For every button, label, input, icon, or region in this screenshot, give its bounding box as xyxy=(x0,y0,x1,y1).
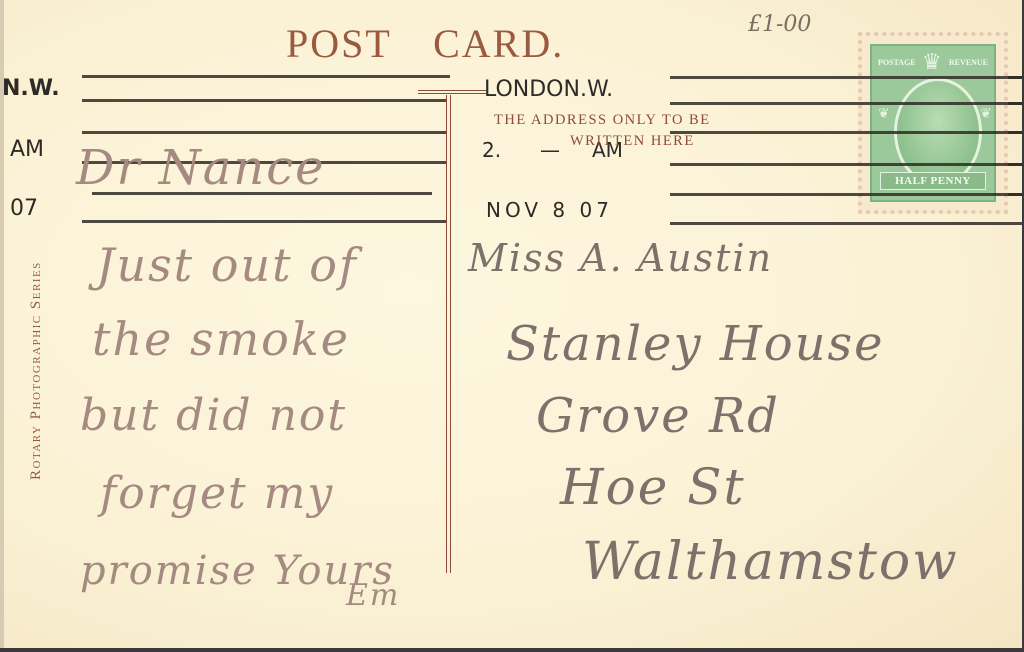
crown-icon: ♛ xyxy=(922,50,942,75)
postmark-office: LONDON.W. xyxy=(484,77,613,102)
message-line: Dr Nance xyxy=(76,140,326,196)
address-line: Hoe St xyxy=(560,458,746,516)
address-line: Grove Rd xyxy=(536,388,780,444)
message-line: forget my xyxy=(100,468,334,519)
half-penny-stamp: POSTAGE REVENUE ♛ ❦ ❦ HALF PENNY xyxy=(858,32,1008,214)
stamp-face: POSTAGE REVENUE ♛ ❦ ❦ HALF PENNY xyxy=(870,44,996,202)
stamp-label-revenue: REVENUE xyxy=(949,58,988,67)
postmark-district: N.W. xyxy=(2,76,60,101)
postmark-date: NOV 8 07 xyxy=(486,198,613,222)
postmark-left-year: 07 xyxy=(10,196,38,221)
message-line: the smoke xyxy=(92,312,350,366)
laurel-left-icon: ❦ xyxy=(878,106,890,122)
message-line: but did not xyxy=(80,390,347,441)
address-instruction-line1: THE ADDRESS ONLY TO BE xyxy=(494,110,711,131)
address-instruction-line2: WRITTEN HERE xyxy=(494,131,711,152)
address-line: Walthamstow xyxy=(582,532,959,592)
pencil-price-note: £1-00 xyxy=(748,12,811,37)
stamp-value: HALF PENNY xyxy=(880,172,986,190)
address-line: Stanley House xyxy=(506,316,885,372)
laurel-right-icon: ❦ xyxy=(980,106,992,122)
postmark-left-period: AM xyxy=(10,137,44,162)
address-instruction: THE ADDRESS ONLY TO BE WRITTEN HERE xyxy=(494,110,711,152)
message-signature: Em xyxy=(346,578,400,613)
postcard-back: POST CARD. £1-00 N.W. AM 07 LONDON.W. 2.… xyxy=(0,0,1022,648)
divider-horizontal xyxy=(418,90,486,94)
address-line: Miss A. Austin xyxy=(468,236,773,280)
publisher-imprint: Rotary Photographic Series xyxy=(28,261,45,480)
stamp-label-postage: POSTAGE xyxy=(878,58,916,67)
postcard-title: POST CARD. xyxy=(286,20,616,67)
message-line: Just out of xyxy=(96,238,358,292)
divider-vertical xyxy=(446,95,451,573)
